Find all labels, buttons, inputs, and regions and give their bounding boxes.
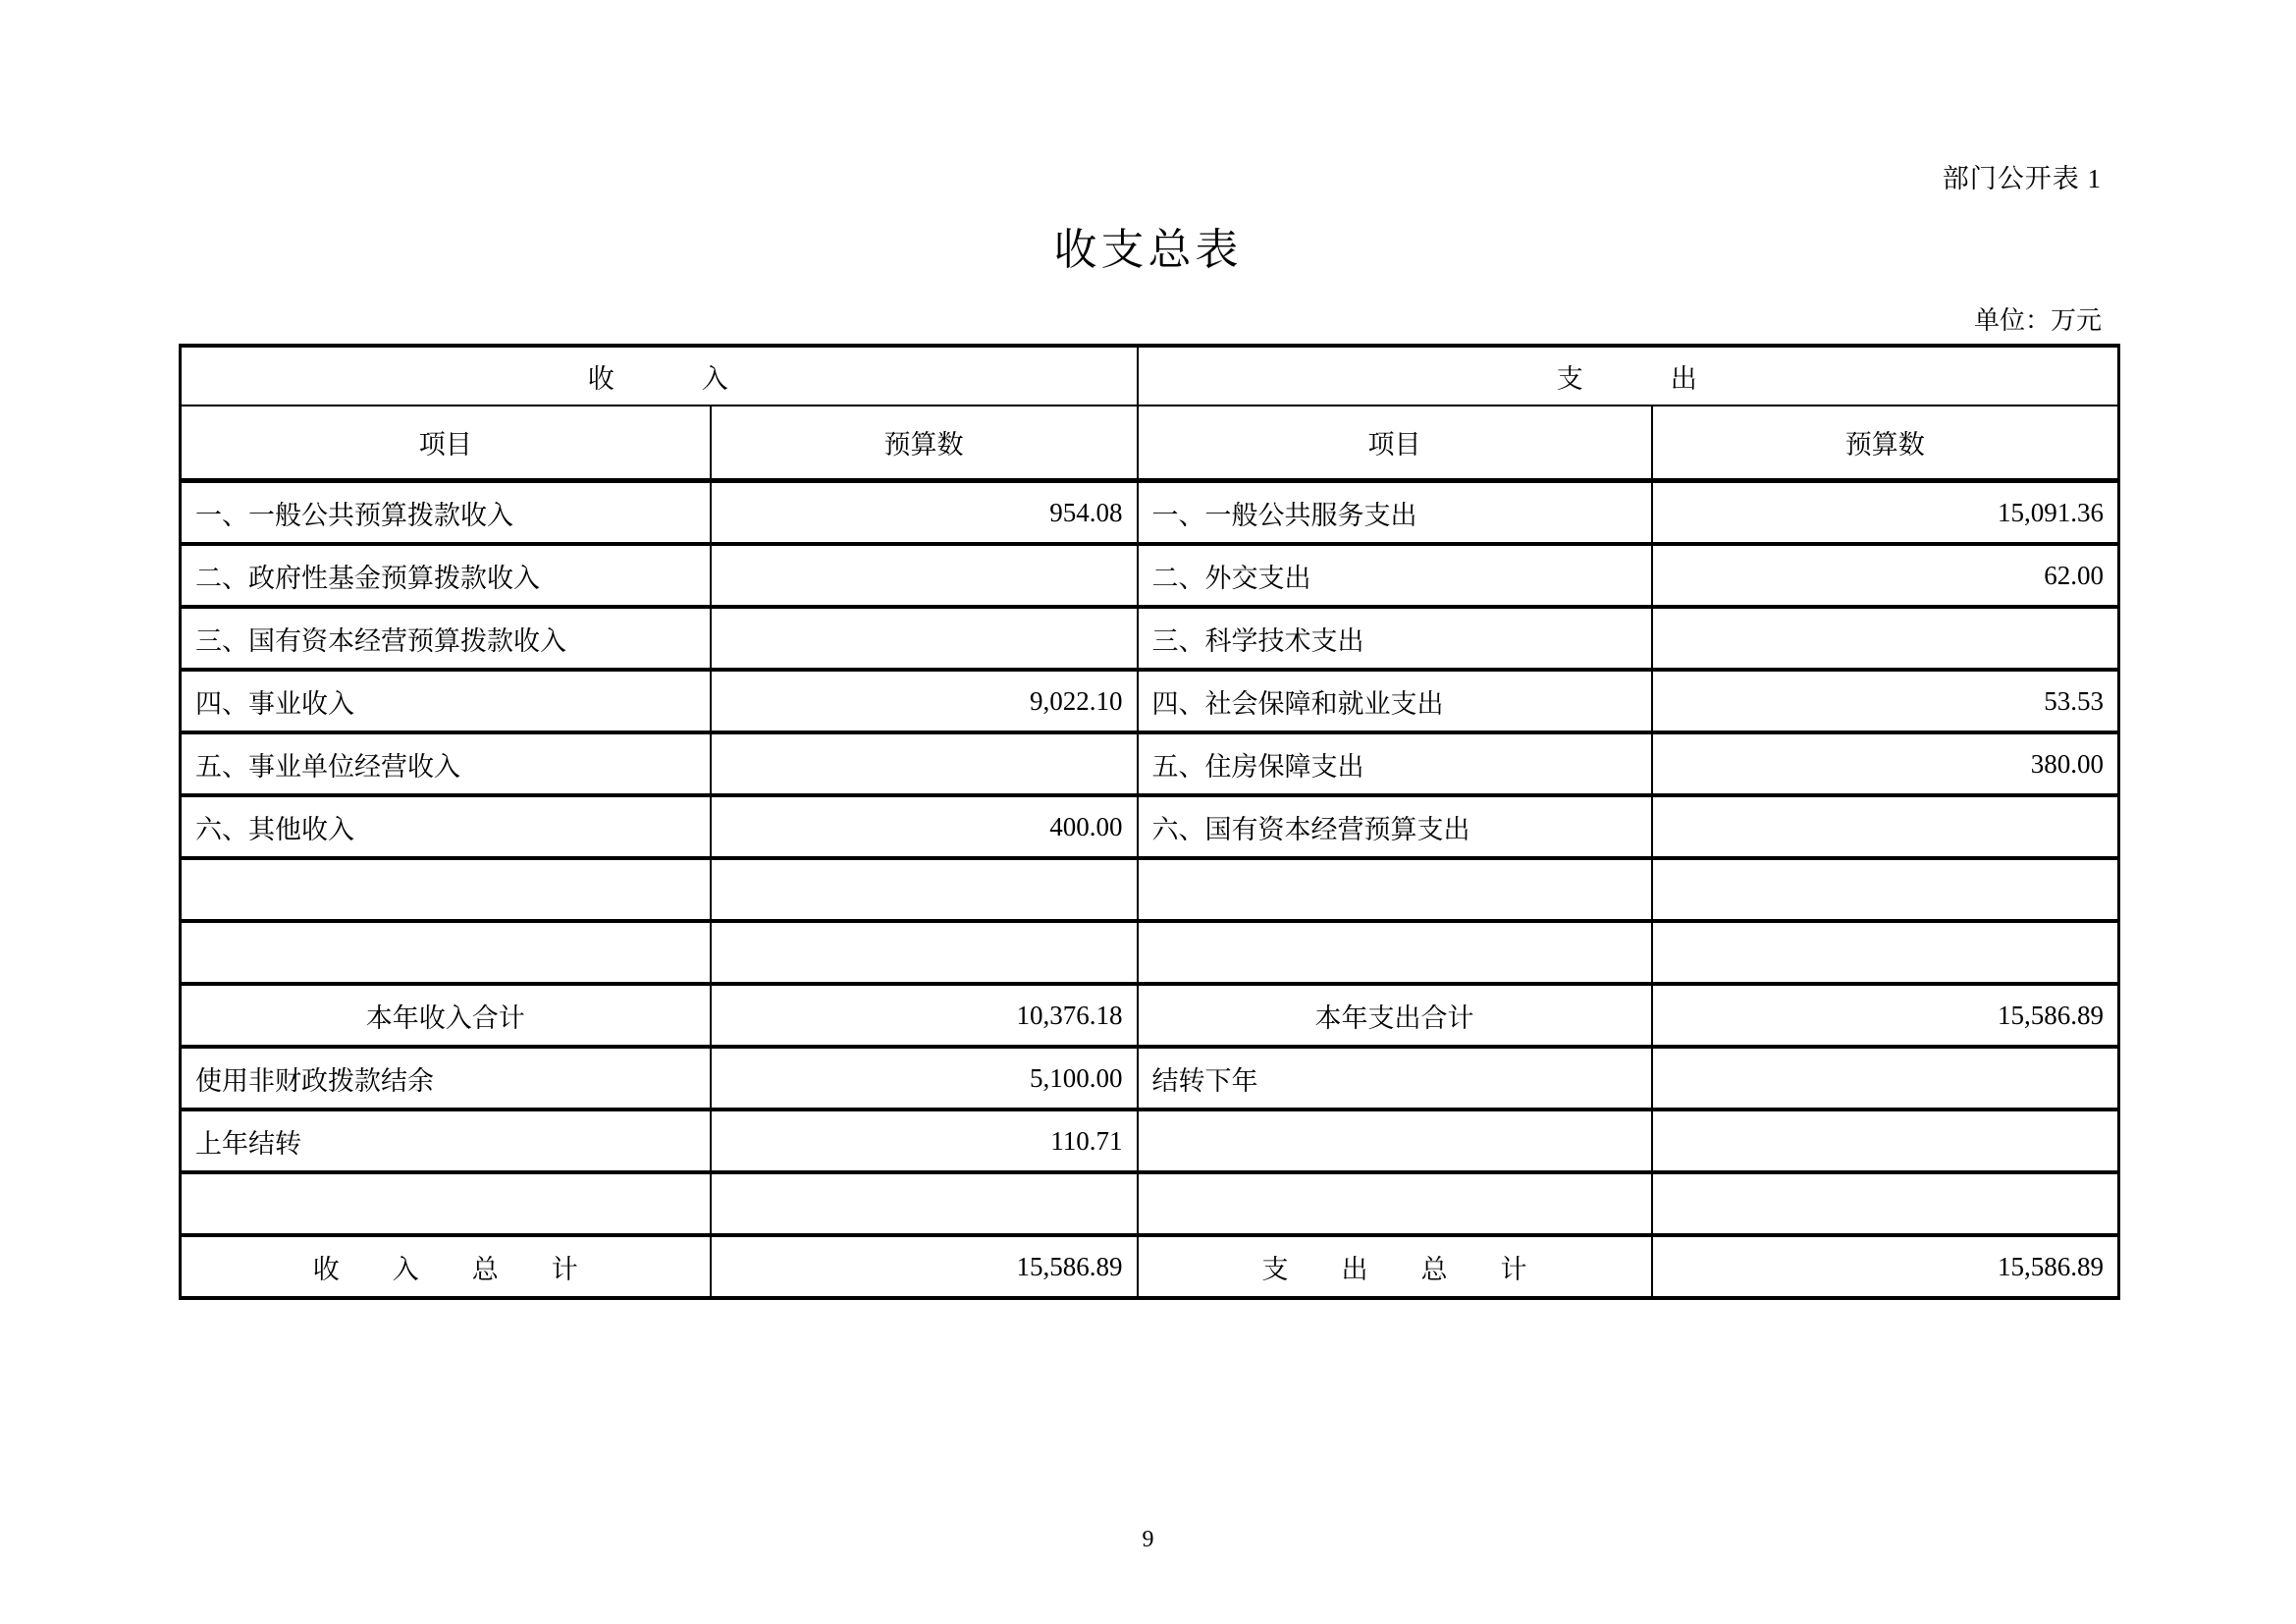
income-item: 上年结转 — [181, 1110, 711, 1172]
income-budget — [711, 1172, 1138, 1235]
income-budget: 110.71 — [711, 1110, 1138, 1172]
expense-budget: 53.53 — [1652, 670, 2119, 732]
income-budget — [711, 607, 1138, 670]
table-row-grand-total: 收 入 总 计 15,586.89 支 出 总 计 15,586.89 — [181, 1235, 2119, 1298]
income-item: 六、其他收入 — [181, 795, 711, 858]
table-row: 六、其他收入 400.00 六、国有资本经营预算支出 — [181, 795, 2119, 858]
income-budget — [711, 732, 1138, 795]
expense-budget — [1652, 1110, 2119, 1172]
income-budget: 400.00 — [711, 795, 1138, 858]
expense-item — [1138, 858, 1652, 921]
income-item: 二、政府性基金预算拨款收入 — [181, 544, 711, 607]
expense-item: 结转下年 — [1138, 1047, 1652, 1110]
income-item: 三、国有资本经营预算拨款收入 — [181, 607, 711, 670]
income-expense-summary-table: 收 入 支 出 项目 预算数 项目 预算数 一、一般公共预算拨款收入 954.0… — [179, 344, 2120, 1300]
expense-budget — [1652, 1047, 2119, 1110]
table-row: 五、事业单位经营收入 五、住房保障支出 380.00 — [181, 732, 2119, 795]
expense-item: 三、科学技术支出 — [1138, 607, 1652, 670]
expense-total-label: 支 出 总 计 — [1138, 1235, 1652, 1298]
column-header-row: 项目 预算数 项目 预算数 — [181, 406, 2119, 481]
income-item — [181, 921, 711, 984]
expense-item — [1138, 1172, 1652, 1235]
expense-item — [1138, 1110, 1652, 1172]
table-row: 四、事业收入 9,022.10 四、社会保障和就业支出 53.53 — [181, 670, 2119, 732]
expense-budget — [1652, 858, 2119, 921]
expense-subtotal-label: 本年支出合计 — [1138, 984, 1652, 1047]
form-number: 部门公开表 1 — [1943, 157, 2102, 195]
table-row-empty — [181, 921, 2119, 984]
section-header-row: 收 入 支 出 — [181, 346, 2119, 406]
income-item: 五、事业单位经营收入 — [181, 732, 711, 795]
income-item: 一、一般公共预算拨款收入 — [181, 481, 711, 545]
section-header-income: 收 入 — [181, 346, 1138, 406]
income-item: 使用非财政拨款结余 — [181, 1047, 711, 1110]
page-number: 9 — [0, 1527, 2296, 1553]
expense-budget — [1652, 1172, 2119, 1235]
table-row: 一、一般公共预算拨款收入 954.08 一、一般公共服务支出 15,091.36 — [181, 481, 2119, 545]
income-total-label: 收 入 总 计 — [181, 1235, 711, 1298]
expense-budget — [1652, 921, 2119, 984]
table-row-empty — [181, 858, 2119, 921]
table-row: 三、国有资本经营预算拨款收入 三、科学技术支出 — [181, 607, 2119, 670]
page-title: 收支总表 — [0, 214, 2296, 277]
column-header-income-item: 项目 — [181, 406, 711, 481]
income-item — [181, 858, 711, 921]
expense-subtotal-value: 15,586.89 — [1652, 984, 2119, 1047]
expense-budget: 15,091.36 — [1652, 481, 2119, 545]
table-row: 使用非财政拨款结余 5,100.00 结转下年 — [181, 1047, 2119, 1110]
expense-budget: 62.00 — [1652, 544, 2119, 607]
expense-item: 五、住房保障支出 — [1138, 732, 1652, 795]
income-budget: 954.08 — [711, 481, 1138, 545]
income-budget — [711, 544, 1138, 607]
income-budget: 5,100.00 — [711, 1047, 1138, 1110]
table-row: 二、政府性基金预算拨款收入 二、外交支出 62.00 — [181, 544, 2119, 607]
column-header-expense-budget: 预算数 — [1652, 406, 2119, 481]
expense-item: 二、外交支出 — [1138, 544, 1652, 607]
expense-total-value: 15,586.89 — [1652, 1235, 2119, 1298]
income-budget — [711, 921, 1138, 984]
column-header-expense-item: 项目 — [1138, 406, 1652, 481]
unit-label: 单位：万元 — [1974, 300, 2102, 337]
expense-budget — [1652, 607, 2119, 670]
expense-item: 一、一般公共服务支出 — [1138, 481, 1652, 545]
income-total-value: 15,586.89 — [711, 1235, 1138, 1298]
expense-item: 六、国有资本经营预算支出 — [1138, 795, 1652, 858]
income-subtotal-label: 本年收入合计 — [181, 984, 711, 1047]
income-item — [181, 1172, 711, 1235]
expense-budget: 380.00 — [1652, 732, 2119, 795]
income-subtotal-value: 10,376.18 — [711, 984, 1138, 1047]
section-header-expense: 支 出 — [1138, 346, 2119, 406]
expense-budget — [1652, 795, 2119, 858]
income-budget: 9,022.10 — [711, 670, 1138, 732]
income-item: 四、事业收入 — [181, 670, 711, 732]
expense-item: 四、社会保障和就业支出 — [1138, 670, 1652, 732]
table-row: 上年结转 110.71 — [181, 1110, 2119, 1172]
column-header-income-budget: 预算数 — [711, 406, 1138, 481]
table-row-empty — [181, 1172, 2119, 1235]
expense-item — [1138, 921, 1652, 984]
income-budget — [711, 858, 1138, 921]
table-row-subtotal: 本年收入合计 10,376.18 本年支出合计 15,586.89 — [181, 984, 2119, 1047]
